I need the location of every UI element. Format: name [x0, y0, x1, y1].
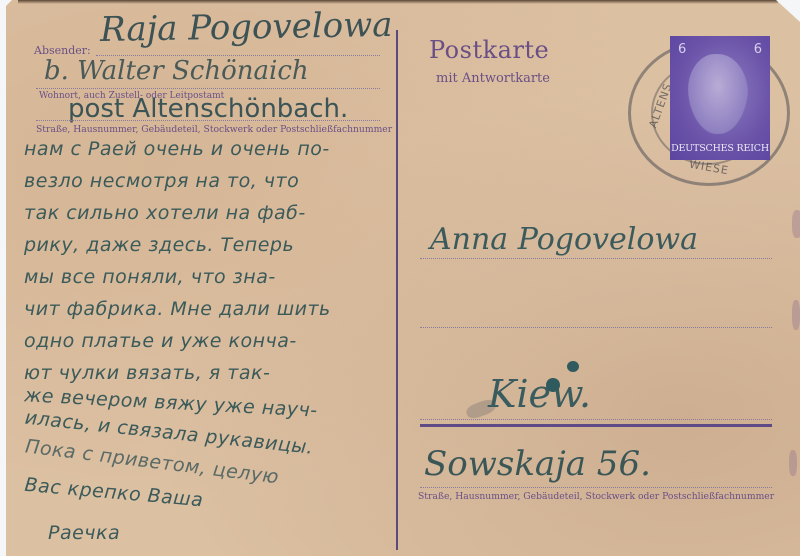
card-title: Postkarte	[429, 36, 549, 64]
sender-name: Raja Pogovelowa	[100, 5, 393, 50]
sender-line2-rule	[36, 88, 380, 89]
sender-address-line2: b. Walter Schönaich	[44, 56, 309, 86]
recipient-street: Sowskaja 56.	[424, 444, 651, 484]
ink-blot	[546, 378, 560, 392]
stain	[789, 450, 797, 476]
portrait-icon	[688, 54, 748, 134]
stamp-value-right: 6	[754, 42, 762, 57]
recipient-street-line	[420, 487, 772, 488]
recipient-street-label: Straße, Hausnummer, Gebäudeteil, Stockwe…	[418, 491, 774, 502]
postage-stamp: 6 6 DEUTSCHES REICH	[670, 36, 770, 160]
message-line: так сильно хотели на фаб-	[24, 197, 396, 229]
message-line: мы все поняли, что зна-	[24, 261, 396, 293]
ink-blot	[567, 361, 579, 372]
recipient-city-line	[420, 419, 772, 420]
message-line: чит фабрика. Мне дали шить	[24, 293, 396, 325]
city-underline	[420, 424, 772, 427]
stain	[792, 300, 800, 330]
stamp-value-left: 6	[678, 42, 686, 57]
recipient-name: Anna Pogovelowa	[430, 222, 698, 257]
message-line: везло несмотря на то, что	[24, 165, 396, 197]
handwritten-message: нам с Раей очень и очень по- везло несмо…	[24, 133, 396, 549]
top-edge-shadow	[18, 0, 778, 4]
recipient-line2	[420, 327, 772, 328]
message-line: рику, даже здесь. Теперь	[24, 229, 396, 261]
recipient-name-line	[420, 258, 772, 259]
message-line: нам с Раей очень и очень по-	[24, 133, 396, 165]
stain	[792, 210, 800, 238]
center-divider	[396, 30, 398, 550]
sender-line3-rule	[36, 120, 380, 121]
recipient-city: Kiew.	[488, 372, 591, 416]
stamp-inscription: DEUTSCHES REICH	[670, 143, 770, 154]
message-line: одно платье и уже конча-	[24, 325, 396, 357]
card-subtitle: mit Antwortkarte	[436, 71, 550, 86]
postcard: Absender: Raja Pogovelowa b. Walter Schö…	[6, 0, 800, 556]
